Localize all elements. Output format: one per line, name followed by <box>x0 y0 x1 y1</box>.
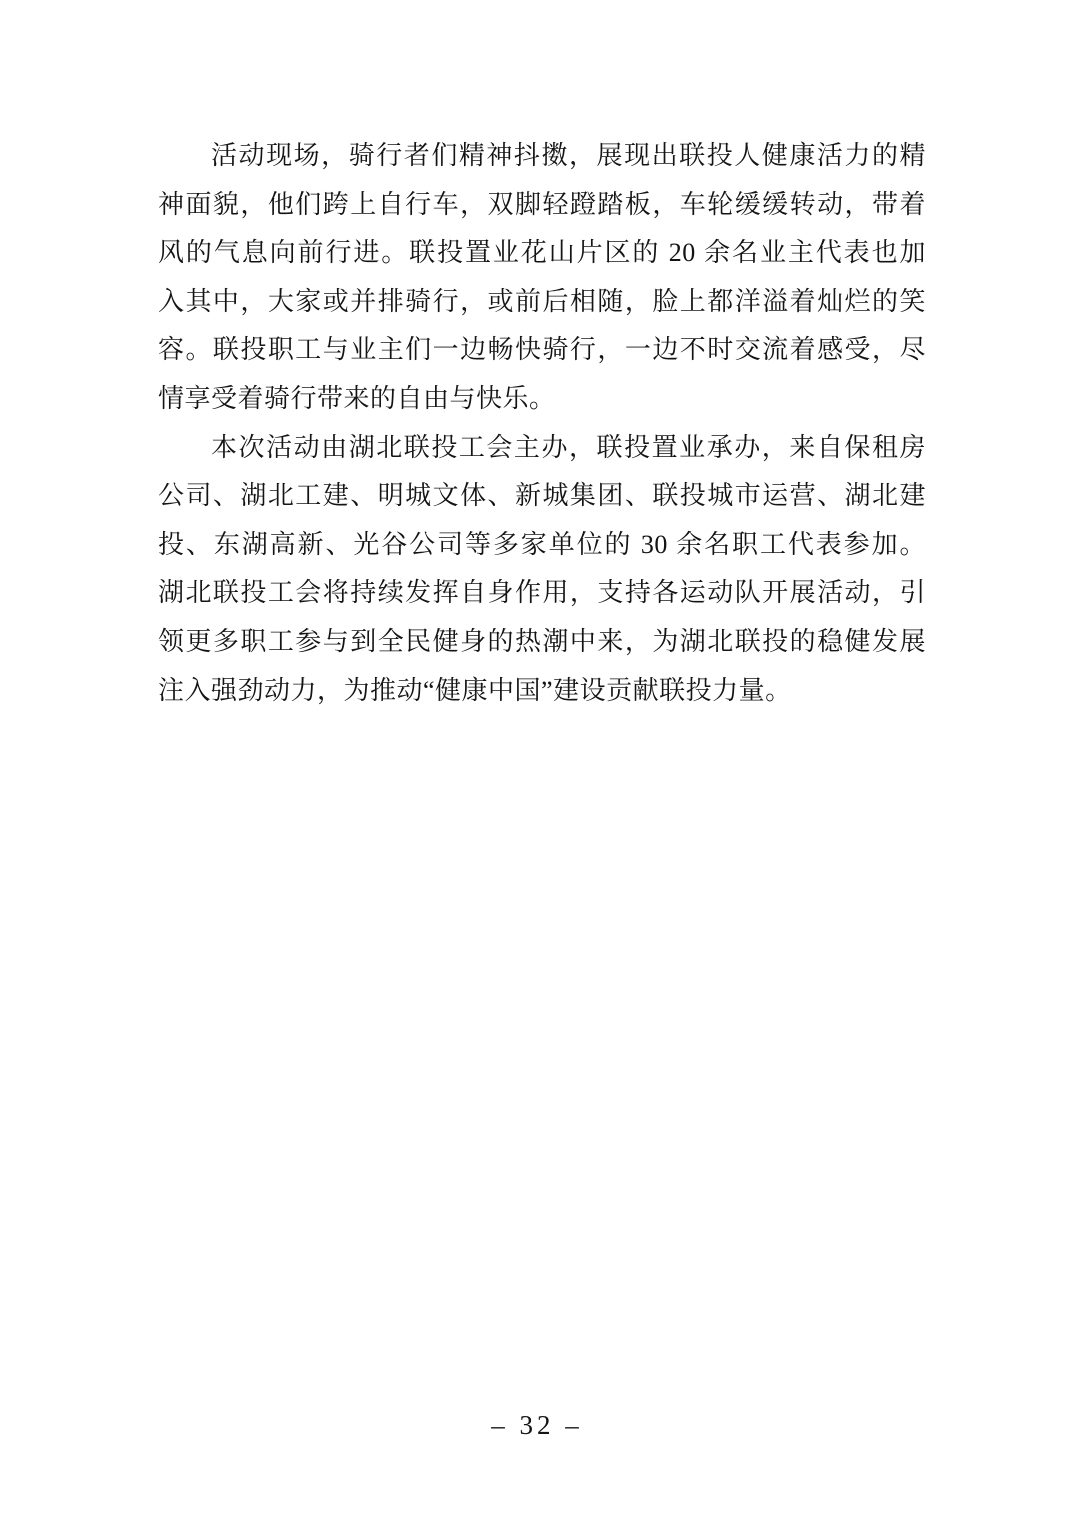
page-number: – 32 – <box>0 1405 1074 1445</box>
paragraph: 本次活动由湖北联投工会主办，联投置业承办，来自保租房 公司、湖北工建、明城文体、… <box>158 424 926 716</box>
paragraph-line: 神面貌，他们跨上自行车，双脚轻蹬踏板，车轮缓缓转动，带着 <box>158 181 926 230</box>
document-body: 活动现场，骑行者们精神抖擞，展现出联投人健康活力的精 神面貌，他们跨上自行车，双… <box>158 132 926 715</box>
paragraph-line: 领更多职工参与到全民健身的热潮中来，为湖北联投的稳健发展 <box>158 618 926 667</box>
paragraph-line: 情享受着骑行带来的自由与快乐。 <box>158 375 926 424</box>
paragraph-line: 注入强劲动力，为推动“健康中国”建设贡献联投力量。 <box>158 667 926 716</box>
paragraph-line: 公司、湖北工建、明城文体、新城集团、联投城市运营、湖北建 <box>158 472 926 521</box>
paragraph-line: 入其中，大家或并排骑行，或前后相随，脸上都洋溢着灿烂的笑 <box>158 278 926 327</box>
paragraph-line: 容。联投职工与业主们一边畅快骑行，一边不时交流着感受，尽 <box>158 326 926 375</box>
paragraph-line: 活动现场，骑行者们精神抖擞，展现出联投人健康活力的精 <box>158 132 926 181</box>
paragraph: 活动现场，骑行者们精神抖擞，展现出联投人健康活力的精 神面貌，他们跨上自行车，双… <box>158 132 926 424</box>
paragraph-line: 投、东湖高新、光谷公司等多家单位的 30 余名职工代表参加。 <box>158 521 926 570</box>
document-page: 活动现场，骑行者们精神抖擞，展现出联投人健康活力的精 神面貌，他们跨上自行车，双… <box>0 0 1074 1520</box>
paragraph-line: 湖北联投工会将持续发挥自身作用，支持各运动队开展活动，引 <box>158 569 926 618</box>
paragraph-line: 本次活动由湖北联投工会主办，联投置业承办，来自保租房 <box>158 424 926 473</box>
paragraph-line: 风的气息向前行进。联投置业花山片区的 20 余名业主代表也加 <box>158 229 926 278</box>
